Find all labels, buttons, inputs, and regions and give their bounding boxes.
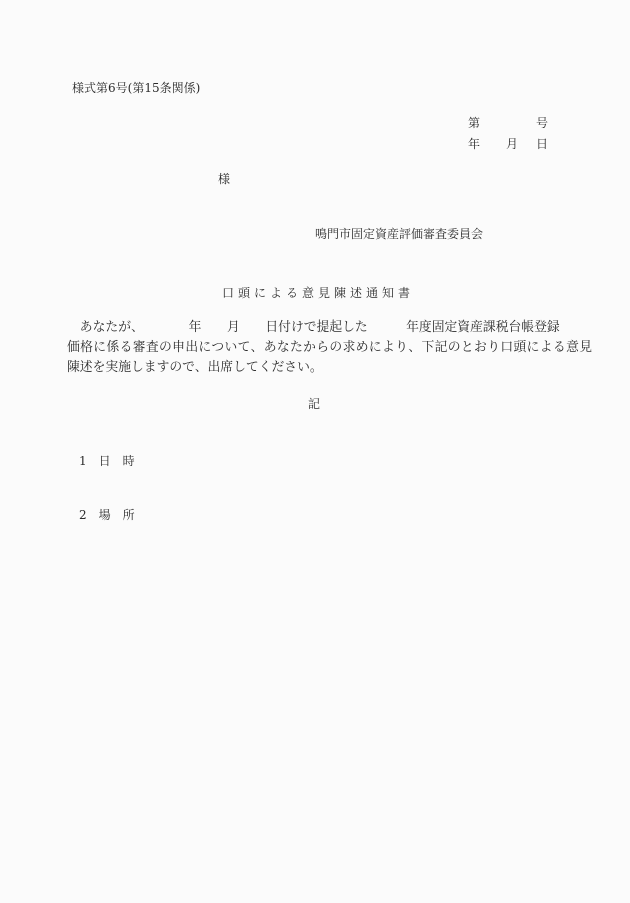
form-number: 様式第6号(第15条関係)	[72, 81, 200, 96]
doc-number-prefix-label: 第	[468, 116, 480, 131]
date-day-label: 日	[536, 137, 548, 152]
document-title: 口頭による意見陳述通知書	[222, 286, 414, 301]
item-location: 2 場 所	[79, 508, 135, 523]
body-line-3: 陳述を実施しますので、出席してください。	[67, 358, 572, 378]
body-line-1: あなたが、 年 月 日付けで提起した 年度固定資産課税台帳登録	[67, 318, 572, 338]
record-marker: 記	[308, 397, 320, 412]
doc-number-suffix-label: 号	[536, 116, 548, 131]
body-paragraph: あなたが、 年 月 日付けで提起した 年度固定資産課税台帳登録 価格に係る審査の…	[67, 318, 572, 378]
document-page: 様式第6号(第15条関係) 第 号 年 月 日 様 鳴門市固定資産評価審査委員会…	[0, 0, 630, 903]
item-date-time: 1 日 時	[79, 454, 135, 469]
date-month-label: 月	[506, 137, 518, 152]
date-year-label: 年	[468, 137, 480, 152]
body-line-2: 価格に係る審査の申出について、あなたからの求めにより、下記のとおり口頭による意見	[67, 338, 572, 358]
sender-committee-name: 鳴門市固定資産評価審査委員会	[315, 227, 483, 242]
addressee-suffix: 様	[218, 172, 230, 187]
